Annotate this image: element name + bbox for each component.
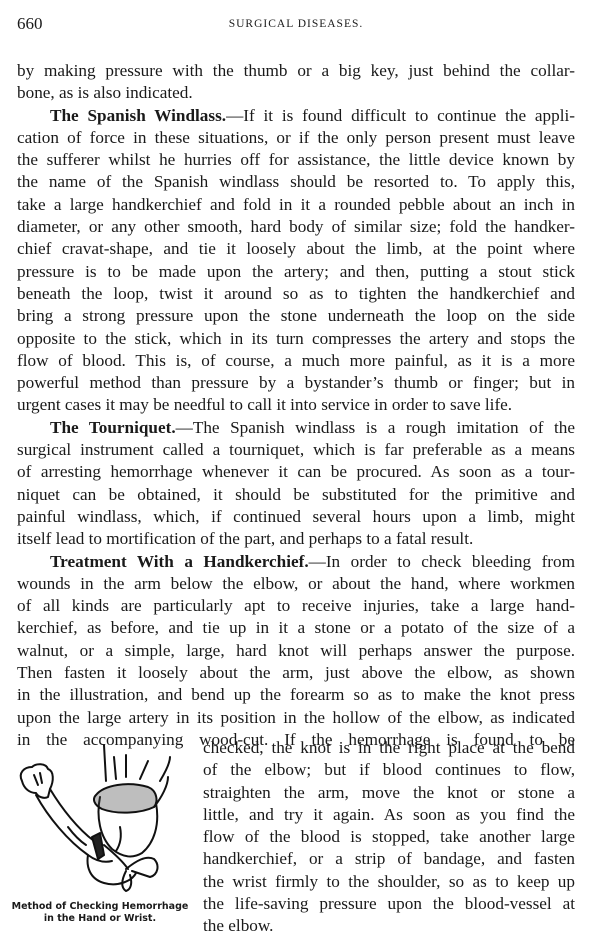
text-line: checked, the knot is in the right place …	[203, 737, 575, 759]
arm-tourniquet-illustration-icon	[8, 737, 188, 899]
text-line: beneath the loop, twist it around so as …	[17, 283, 575, 305]
text-line: flow of blood. This is, of course, a muc…	[17, 350, 575, 372]
page-body: by making pressure with the thumb or a b…	[17, 60, 575, 751]
figure-caption: Method of Checking Hemorrhage in the Han…	[0, 901, 200, 925]
text-line: The Tourniquet.—The Spanish windlass is …	[17, 417, 575, 439]
text-line: upon the large artery in its position in…	[17, 707, 575, 729]
section-heading-spanish-windlass: The Spanish Windlass.	[50, 106, 226, 125]
text-line: bone, as is also indicated.	[17, 82, 575, 104]
text-line: Treatment With a Handkerchief.—In order …	[17, 551, 575, 573]
text-line: opposite to the stick, which in its turn…	[17, 328, 575, 350]
text-line: Then fasten it loosely about the arm, ju…	[17, 662, 575, 684]
text-line: of all kinds are particularly apt to rec…	[17, 595, 575, 617]
text-line: niquet can be obtained, it should be sub…	[17, 484, 575, 506]
text-line: diameter, or any other smooth, hard body…	[17, 216, 575, 238]
section-heading-tourniquet: The Tourniquet.	[50, 418, 176, 437]
text-line: in the illustration, and bend up the for…	[17, 684, 575, 706]
text-line: handkerchief, or a strip of bandage, and…	[203, 848, 575, 870]
text-line: chief cravat-shape, and tie it loosely a…	[17, 238, 575, 260]
text-line: flow of the blood is stopped, take anoth…	[203, 826, 575, 848]
text-line: pressure is to be made upon the artery; …	[17, 261, 575, 283]
text-line: of the elbow; but if blood continues to …	[203, 759, 575, 781]
running-head: SURGICAL DISEASES.	[17, 18, 575, 30]
figure-wrap-region: Method of Checking Hemorrhage in the Han…	[0, 737, 593, 933]
text-line: bring a strong pressure upon the stone u…	[17, 305, 575, 327]
text-line: by making pressure with the thumb or a b…	[17, 60, 575, 82]
text-line: of arresting hemorrhage whenever it can …	[17, 461, 575, 483]
text-line: painful windlass, which, if continued se…	[17, 506, 575, 528]
text-line: urgent cases it may be needful to call i…	[17, 394, 575, 416]
text-line: the wrist firmly to the shoulder, so as …	[203, 871, 575, 893]
text-line: little, and try it again. As soon as you…	[203, 804, 575, 826]
text-line: the elbow.	[203, 915, 575, 933]
text-line: surgical instrument called a tourniquet,…	[17, 439, 575, 461]
text-line: the life-saving pressure upon the blood-…	[203, 893, 575, 915]
text-line: take a large handkerchief and fold in it…	[17, 194, 575, 216]
text-line: wounds in the arm below the elbow, or ab…	[17, 573, 575, 595]
wrapped-text-column: checked, the knot is in the right place …	[203, 737, 575, 933]
figure: Method of Checking Hemorrhage in the Han…	[0, 737, 200, 933]
section-heading-handkerchief: Treatment With a Handkerchief.	[50, 552, 309, 571]
page-header: 660 SURGICAL DISEASES.	[17, 14, 575, 38]
text-line: cation of force in these situations, or …	[17, 127, 575, 149]
text-line: the sufferer whilst he hurries off for a…	[17, 149, 575, 171]
text-line: walnut, or a simple, large, hard knot wi…	[17, 640, 575, 662]
text-line: kerchief, as before, and tie up in it a …	[17, 617, 575, 639]
text-line: The Spanish Windlass.—If it is found dif…	[17, 105, 575, 127]
text-line: the name of the Spanish windlass should …	[17, 171, 575, 193]
text-line: powerful method than pressure by a bysta…	[17, 372, 575, 394]
text-line: itself lead to mortification of the part…	[17, 528, 575, 550]
text-line: straighten the arm, move the knot or sto…	[203, 782, 575, 804]
